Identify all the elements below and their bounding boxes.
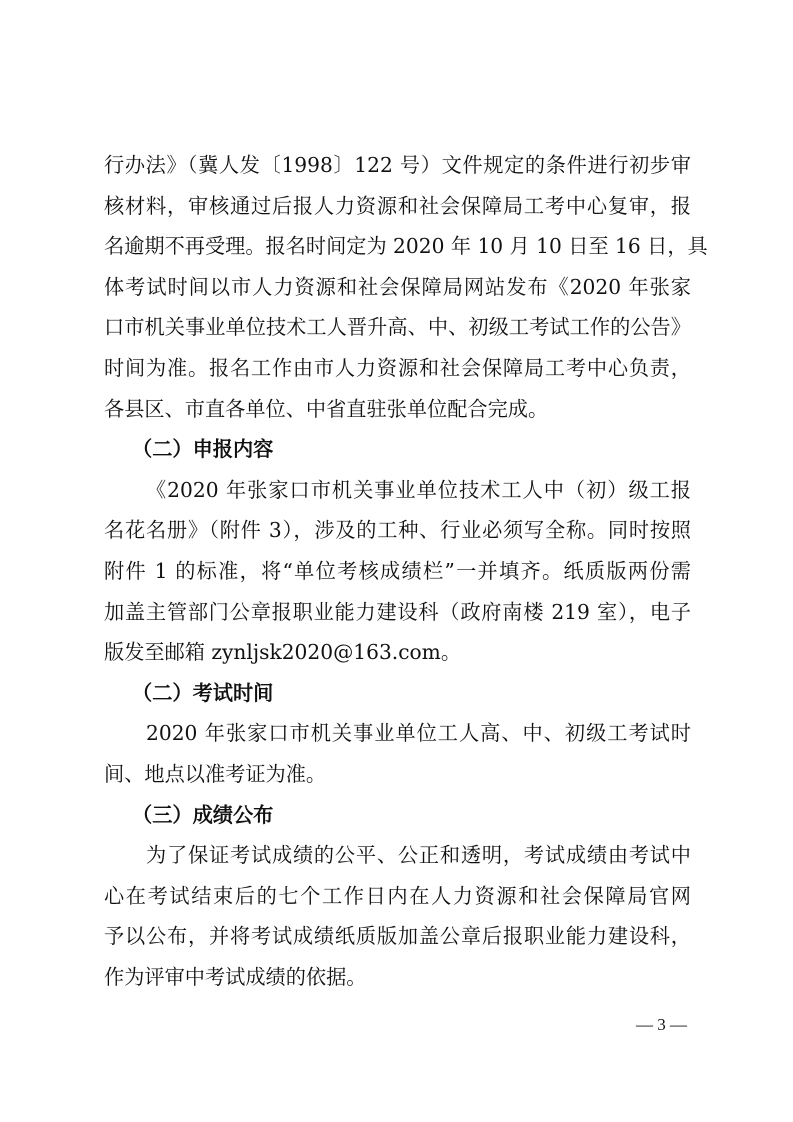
text-line: 核材料，审核通过后报人力资源和社会保障局工考中心复审，报 (104, 186, 691, 227)
text-line: 行办法》（冀人发〔1998〕122 号）文件规定的条件进行初步审 (104, 145, 691, 186)
text-line: 间、地点以准考证为准。 (104, 754, 691, 795)
text-line: 加盖主管部门公章报职业能力建设科（政府南楼 219 室），电子 (104, 592, 691, 633)
text-line: 附件 1 的标准，将“单位考核成绩栏”一并填齐。纸质版两份需 (104, 551, 691, 592)
text-line: 时间为准。报名工作由市人力资源和社会保障局工考中心负责， (104, 348, 691, 389)
section-heading-exam-time: （二）考试时间 (104, 673, 691, 714)
text-line: 心在考试结束后的七个工作日内在人力资源和社会保障局官网 (104, 876, 691, 917)
text-line: 2020 年张家口市机关事业单位工人高、中、初级工考试时 (104, 713, 691, 754)
text-line: 名花名册》（附件 3），涉及的工种、行业必须写全称。同时按照 (104, 510, 691, 551)
paragraph-results-announcement: 为了保证考试成绩的公平、公正和透明，考试成绩由考试中 心在考试结束后的七个工作日… (104, 835, 691, 997)
page-number: — 3 — (636, 1015, 687, 1035)
paragraph-exam-time: 2020 年张家口市机关事业单位工人高、中、初级工考试时 间、地点以准考证为准。 (104, 713, 691, 794)
text-line: 为了保证考试成绩的公平、公正和透明，考试成绩由考试中 (104, 835, 691, 876)
text-line: 作为评审中考试成绩的依据。 (104, 957, 691, 998)
text-line: 《2020 年张家口市机关事业单位技术工人中（初）级工报 (104, 470, 691, 511)
section-heading-results-announcement: （三）成绩公布 (104, 795, 691, 836)
text-line: 予以公布，并将考试成绩纸质版加盖公章后报职业能力建设科， (104, 916, 691, 957)
text-line: 各县区、市直各单位、中省直驻张单位配合完成。 (104, 389, 691, 430)
text-line: 体考试时间以市人力资源和社会保障局网站发布《2020 年张家 (104, 267, 691, 308)
document-page: 行办法》（冀人发〔1998〕122 号）文件规定的条件进行初步审 核材料，审核通… (104, 145, 691, 997)
paragraph-registration: 行办法》（冀人发〔1998〕122 号）文件规定的条件进行初步审 核材料，审核通… (104, 145, 691, 429)
paragraph-application-content: 《2020 年张家口市机关事业单位技术工人中（初）级工报 名花名册》（附件 3）… (104, 470, 691, 673)
text-line: 名逾期不再受理。报名时间定为 2020 年 10 月 10 日至 16 日，具 (104, 226, 691, 267)
text-line: 口市机关事业单位技术工人晋升高、中、初级工考试工作的公告》 (104, 307, 691, 348)
text-line-email: 版发至邮箱 zynljsk2020@163.com。 (104, 632, 691, 673)
section-heading-application-content: （二）申报内容 (104, 429, 691, 470)
